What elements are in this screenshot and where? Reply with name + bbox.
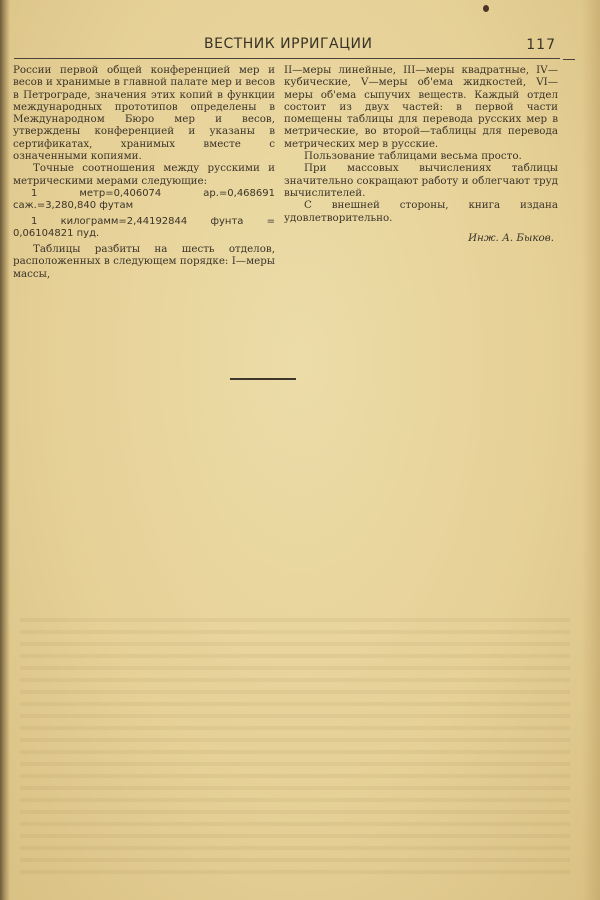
running-header: ВЕСТНИК ИРРИГАЦИИ 117 xyxy=(14,36,560,59)
paragraph: II—меры линейные, III—меры квадратные, I… xyxy=(284,64,558,150)
header-rule-tick xyxy=(563,59,575,60)
section-divider xyxy=(230,378,296,380)
journal-title: ВЕСТНИК ИРРИГАЦИИ xyxy=(204,36,372,52)
left-text-column: России первой общей конференцией мер и в… xyxy=(13,64,275,280)
paragraph: Таблицы разбиты на шесть отделов, распол… xyxy=(13,243,275,280)
paragraph: Пользование таблицами весьма просто. xyxy=(284,150,558,162)
formula-kilogram: 1 килограмм=2,44192844 фунта = 0,0610482… xyxy=(13,216,275,241)
right-text-column: II—меры линейные, III—меры квадратные, I… xyxy=(284,64,558,244)
page-edge-shading xyxy=(582,0,600,900)
bleed-through-text xyxy=(20,610,570,880)
paragraph: Точные соотношения между русскими и метр… xyxy=(13,162,275,187)
paragraph: При массовых вычислениях таблицы значите… xyxy=(284,162,558,199)
ink-spot xyxy=(483,5,489,12)
page-number: 117 xyxy=(526,37,556,53)
author-signature: Инж. А. Быков. xyxy=(284,232,558,244)
formula-meter: 1 метр=0,406074 ар.=0,468691 саж.=3,280,… xyxy=(13,188,275,213)
page-spine-shadow xyxy=(0,0,10,900)
paragraph: С внешней стороны, книга издана удовлетв… xyxy=(284,199,558,224)
paragraph: России первой общей конференцией мер и в… xyxy=(13,64,275,162)
